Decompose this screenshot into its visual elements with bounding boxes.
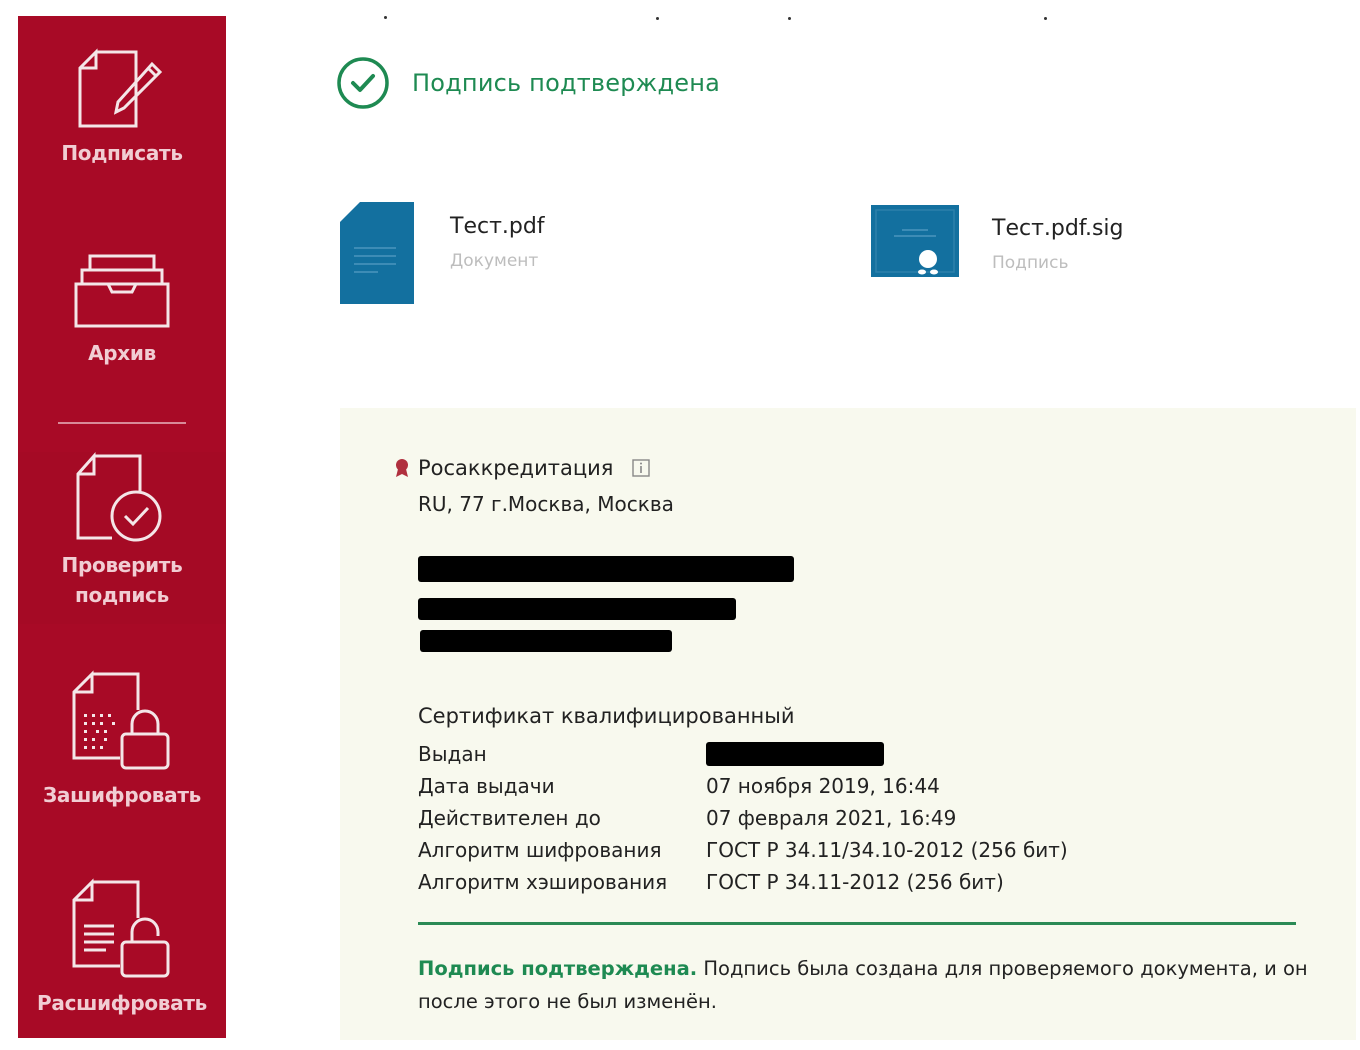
certificate-heading: Сертификат квалифицированный [418, 704, 1068, 728]
certificate-value: 07 ноября 2019, 16:44 [706, 774, 940, 798]
check-circle-icon [336, 56, 390, 110]
scan-artifact [656, 17, 659, 20]
issuer-address: RU, 77 г.Москва, Москва [418, 492, 674, 516]
certificate-row: Дата выдачи 07 ноября 2019, 16:44 [418, 770, 1068, 802]
sign-document-icon [76, 42, 168, 132]
certificate-details: Сертификат квалифицированный Выдан Дата … [418, 704, 1068, 898]
certificate-key: Алгоритм шифрования [418, 838, 706, 862]
sidebar-item-label: Проверить подпись [52, 550, 192, 610]
sidebar-item-label: Подписать [18, 138, 226, 168]
file-item-signature[interactable]: Тест.pdf.sig Подпись [870, 204, 1123, 278]
sidebar-item-verify[interactable]: Проверить подпись [18, 452, 226, 624]
file-type: Подпись [992, 248, 1123, 278]
archive-icon [74, 252, 170, 332]
file-name: Тест.pdf.sig [992, 214, 1123, 244]
scan-artifact [384, 16, 387, 19]
certificate-key: Действителен до [418, 806, 706, 830]
redacted-signer-line [418, 598, 736, 620]
section-divider [418, 922, 1296, 925]
issuer-block: Росаккредитация RU, 77 г.Москва, Москва [394, 456, 674, 516]
sidebar-item-sign[interactable]: Подписать [18, 42, 226, 168]
scan-artifact [1044, 17, 1047, 20]
verify-signature-icon [72, 452, 172, 544]
decrypt-icon [70, 878, 174, 982]
encrypt-icon [70, 670, 174, 774]
scan-artifact [788, 17, 791, 20]
signature-details-panel: Росаккредитация RU, 77 г.Москва, Москва … [340, 408, 1356, 1040]
verification-status: Подпись подтверждена [336, 56, 720, 110]
award-ribbon-icon [394, 458, 410, 478]
certificate-value: 07 февраля 2021, 16:49 [706, 806, 956, 830]
certificate-key: Дата выдачи [418, 774, 706, 798]
certificate-key: Алгоритм хэширования [418, 870, 706, 894]
certificate-value: ГОСТ Р 34.11/34.10-2012 (256 бит) [706, 838, 1068, 862]
file-item-document[interactable]: Тест.pdf Документ [338, 200, 545, 306]
redacted-signer-line [420, 630, 672, 652]
sidebar-item-archive[interactable]: Архив [18, 252, 226, 368]
status-title: Подпись подтверждена [412, 69, 720, 97]
sidebar-item-decrypt[interactable]: Расшифровать [18, 878, 226, 1018]
conclusion-highlight: Подпись подтверждена. [418, 957, 697, 980]
certificate-row: Алгоритм шифрования ГОСТ Р 34.11/34.10-2… [418, 834, 1068, 866]
certificate-key: Выдан [418, 742, 706, 766]
sidebar-divider [58, 422, 186, 424]
sidebar-item-encrypt[interactable]: Зашифровать [18, 670, 226, 810]
sidebar-item-label: Расшифровать [18, 988, 226, 1018]
sidebar-item-label: Зашифровать [18, 780, 226, 810]
sidebar: Подписать Архив Проверить подпись [18, 16, 226, 1038]
redacted-signer-line [418, 556, 794, 582]
info-icon[interactable] [631, 458, 651, 478]
verification-conclusion: Подпись подтверждена. Подпись была созда… [418, 952, 1318, 1018]
document-file-icon [338, 200, 416, 306]
sidebar-item-label: Архив [18, 338, 226, 368]
certificate-row: Действителен до 07 февраля 2021, 16:49 [418, 802, 1068, 834]
certificate-row: Алгоритм хэширования ГОСТ Р 34.11-2012 (… [418, 866, 1068, 898]
certificate-row: Выдан [418, 738, 1068, 770]
issuer-name: Росаккредитация [418, 456, 613, 480]
file-name: Тест.pdf [450, 212, 545, 242]
signature-file-icon [870, 204, 960, 278]
certificate-value: ГОСТ Р 34.11-2012 (256 бит) [706, 870, 1004, 894]
redacted-issued-to [706, 742, 884, 766]
file-type: Документ [450, 246, 545, 276]
